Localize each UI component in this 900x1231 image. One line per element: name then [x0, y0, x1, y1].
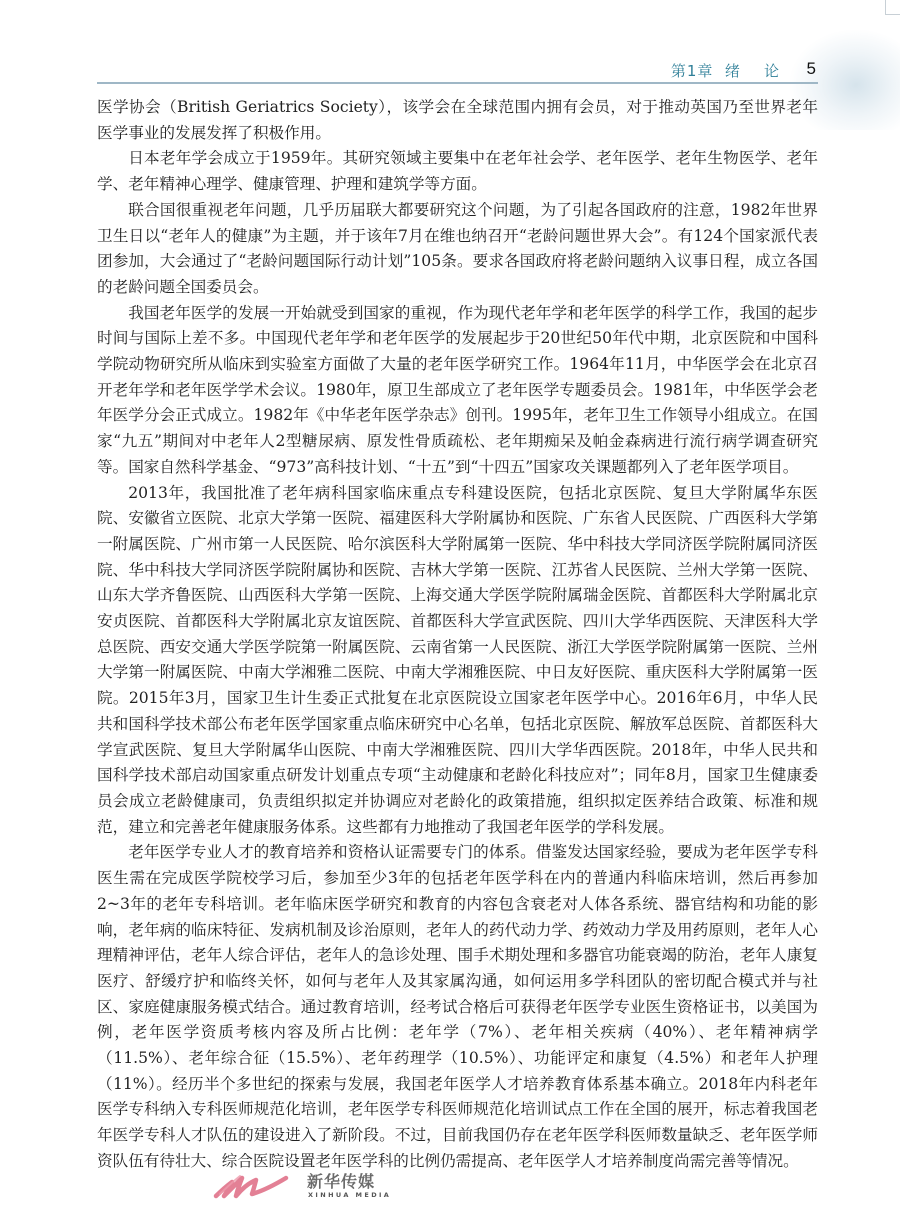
paragraph-2: 日本老年学会成立于1959年。其研究领域主要集中在老年社会学、老年医学、老年生物… [97, 146, 818, 197]
page-number: 5 [807, 59, 816, 79]
publisher-logo: 新华传媒 XINHUA MEDIA [210, 1166, 450, 1210]
body-text: 医学协会（British Geriatrics Society），该学会在全球范… [97, 95, 818, 1175]
running-head: 第1章 绪 论 5 [97, 56, 818, 84]
paragraph-5: 2013年，我国批准了老年病科国家临床重点专科建设医院，包括北京医院、复旦大学附… [97, 481, 818, 841]
chapter-title: 第1章 绪 论 [671, 60, 780, 81]
brush-stroke-icon [210, 1166, 300, 1206]
paragraph-6: 老年医学专业人才的教育培养和资格认证需要专门的体系。借鉴发达国家经验，要成为老年… [97, 840, 818, 1174]
logo-chinese-name: 新华传媒 [307, 1169, 375, 1192]
corner-decoration [885, 0, 900, 15]
paragraph-3: 联合国很重视老年问题，几乎历届联大都要研究这个问题，为了引起各国政府的注意，19… [97, 198, 818, 301]
paragraph-4: 我国老年医学的发展一开始就受到国家的重视，作为现代老年学和老年医学的科学工作，我… [97, 301, 818, 481]
paragraph-1: 医学协会（British Geriatrics Society），该学会在全球范… [97, 95, 818, 146]
logo-english-name: XINHUA MEDIA [308, 1191, 391, 1199]
